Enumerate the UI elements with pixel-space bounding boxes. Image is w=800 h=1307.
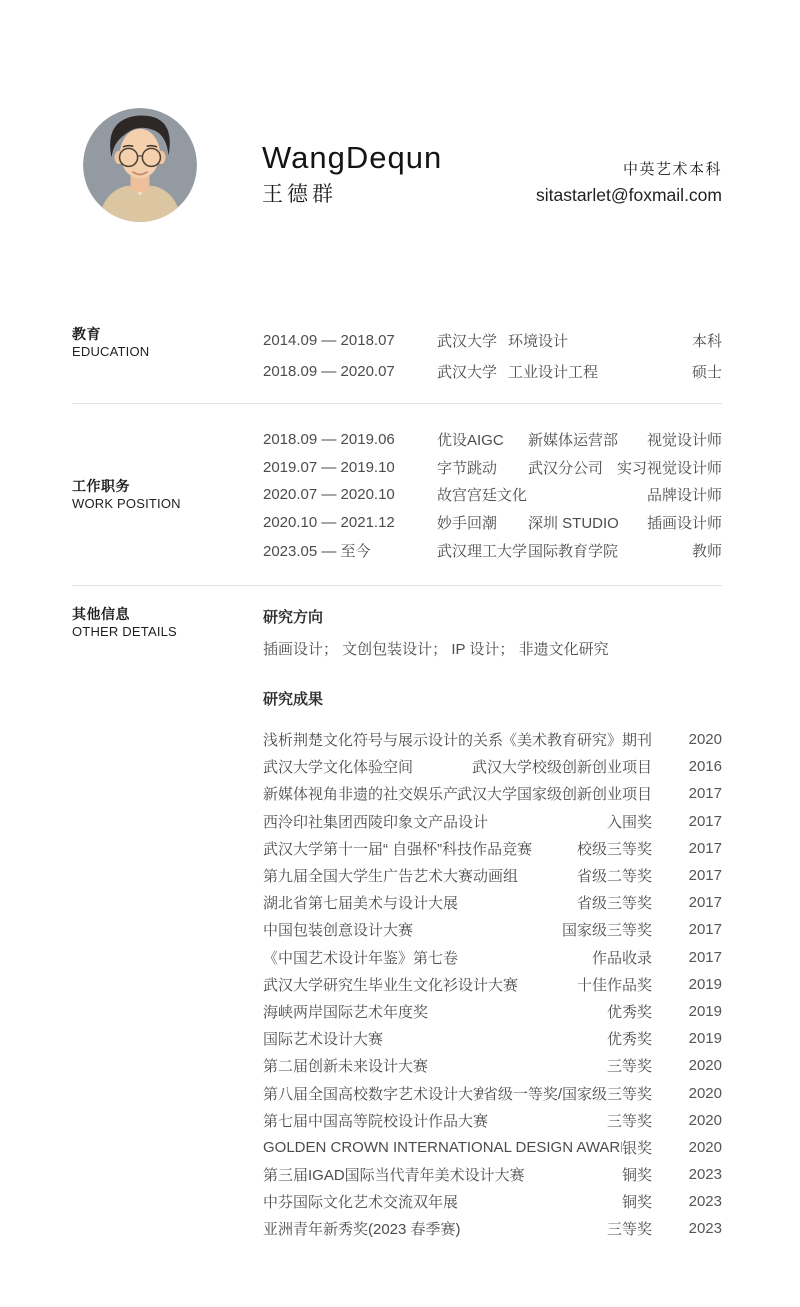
degree-tagline: 中英艺术本科 — [536, 158, 722, 182]
ach-row-award: 校级三等奖 — [577, 838, 652, 859]
work-row-company: 优设AIGC — [437, 429, 528, 450]
education-label: 教育 EDUCATION — [72, 325, 263, 387]
ach-row-title: 第七届中国高等院校设计作品大赛 — [263, 1110, 607, 1131]
name-english: WangDequn — [262, 140, 442, 176]
work-row-date: 2018.09 — 2019.06 — [263, 431, 437, 448]
work-row-company: 故宫宫廷文化 — [437, 484, 528, 505]
edu-row-degree: 本科 — [692, 330, 722, 351]
work-row: 2018.09 — 2019.06优设AIGC新媒体运营部视觉设计师 — [263, 426, 722, 454]
divider — [72, 403, 722, 404]
ach-row: 第二届创新未来设计大赛三等奖2020 — [263, 1052, 722, 1079]
ach-row-year: 2019 — [652, 976, 722, 993]
ach-row-year: 2017 — [652, 840, 722, 857]
edu-row-school: 武汉大学 — [437, 361, 508, 382]
name-block: WangDequn 王德群 — [262, 140, 442, 209]
ach-row-year: 2019 — [652, 1030, 722, 1047]
work-row-dept: 新媒体运营部 — [528, 429, 647, 450]
ach-row-year: 2020 — [652, 1057, 722, 1074]
ach-row-year: 2023 — [652, 1193, 722, 1210]
ach-row: 海峡两岸国际艺术年度奖优秀奖2019 — [263, 998, 722, 1025]
ach-row-award: 国家级三等奖 — [562, 919, 652, 940]
edu-row: 2018.09 — 2020.07武汉大学工业设计工程硕士 — [263, 356, 722, 387]
ach-row: 西泠印社集团西陵印象文产品设计入围奖2017 — [263, 808, 722, 835]
ach-row-title: 亚洲青年新秀奖(2023 春季赛) — [263, 1218, 607, 1239]
ach-row-year: 2020 — [652, 1112, 722, 1129]
ach-row-year: 2019 — [652, 1003, 722, 1020]
ach-row-award: 银奖 — [622, 1137, 652, 1158]
work-row-dept: 深圳 STUDIO — [528, 512, 647, 533]
edu-row-school: 武汉大学 — [437, 330, 508, 351]
ach-row-title: 中国包装创意设计大赛 — [263, 919, 562, 940]
ach-row-award: 省级一等奖/国家级三等奖 — [483, 1083, 652, 1104]
ach-row-award: 优秀奖 — [607, 1001, 652, 1022]
ach-row: 第七届中国高等院校设计作品大赛三等奖2020 — [263, 1107, 722, 1134]
ach-row-title: 第九届全国大学生广告艺术大赛动画组 — [263, 865, 577, 886]
ach-row-award: 铜奖 — [622, 1164, 652, 1185]
edu-row-major: 环境设计 — [508, 330, 692, 351]
ach-row-title: 武汉大学文化体验空间 — [263, 756, 472, 777]
ach-row-award: 三等奖 — [607, 1218, 652, 1239]
ach-row-year: 2017 — [652, 949, 722, 966]
work-row: 2019.07 — 2019.10字节跳动武汉分公司实习视觉设计师 — [263, 454, 722, 482]
ach-row-year: 2023 — [652, 1166, 722, 1183]
other-label-zh: 其他信息 — [72, 605, 263, 623]
work-row: 2020.10 — 2021.12妙手回潮深圳 STUDIO插画设计师 — [263, 509, 722, 537]
other-content: 研究方向 插画设计； 文创包装设计； IP 设计； 非遗文化研究 研究成果 浅析… — [263, 605, 722, 1243]
ach-row-title: 武汉大学研究生毕业生文化衫设计大赛 — [263, 974, 577, 995]
work-row-date: 2020.07 — 2020.10 — [263, 486, 437, 503]
ach-row: 中国包装创意设计大赛国家级三等奖2017 — [263, 916, 722, 943]
ach-row-award: 三等奖 — [607, 1055, 652, 1076]
research-results-title: 研究成果 — [263, 687, 722, 713]
ach-row: 中芬国际文化艺术交流双年展铜奖2023 — [263, 1188, 722, 1215]
section-education: 教育 EDUCATION 2014.09 — 2018.07武汉大学环境设计本科… — [72, 325, 722, 387]
ach-row-award: 武汉大学校级创新创业项目 — [472, 756, 652, 777]
education-rows: 2014.09 — 2018.07武汉大学环境设计本科2018.09 — 202… — [263, 325, 722, 387]
ach-row: GOLDEN CROWN INTERNATIONAL DESIGN AWARD银… — [263, 1134, 722, 1161]
ach-row-award: 省级二等奖 — [577, 865, 652, 886]
name-chinese: 王德群 — [262, 181, 442, 209]
ach-row: 亚洲青年新秀奖(2023 春季赛)三等奖2023 — [263, 1215, 722, 1242]
section-work-position: 工作职务 WORK POSITION 2018.09 — 2019.06优设AI… — [72, 426, 722, 564]
research-direction-title: 研究方向 — [263, 605, 722, 631]
other-label: 其他信息 OTHER DETAILS — [72, 605, 263, 1243]
work-row-company: 字节跳动 — [437, 457, 528, 478]
work-row-position: 实习视觉设计师 — [617, 457, 722, 478]
education-label-en: EDUCATION — [72, 343, 263, 361]
work-row-dept: 武汉分公司 — [528, 457, 617, 478]
work-row-dept: 国际教育学院 — [528, 540, 692, 561]
ach-row: 武汉大学研究生毕业生文化衫设计大赛十佳作品奖2019 — [263, 971, 722, 998]
ach-row-award: 铜奖 — [622, 1191, 652, 1212]
ach-row-title: 第三届IGAD国际当代青年美术设计大赛 — [263, 1164, 622, 1185]
edu-row-date: 2018.09 — 2020.07 — [263, 363, 437, 380]
edu-row-major: 工业设计工程 — [508, 361, 692, 382]
ach-row-year: 2017 — [652, 813, 722, 830]
work-row: 2023.05 — 至今武汉理工大学国际教育学院教师 — [263, 536, 722, 564]
ach-row-title: 第八届全国高校数字艺术设计大赛NCDA — [263, 1083, 483, 1104]
other-label-en: OTHER DETAILS — [72, 623, 263, 641]
achievement-list: 浅析荆楚文化符号与展示设计的关系《美术教育研究》期刊2020武汉大学文化体验空间… — [263, 726, 722, 1243]
divider — [72, 585, 722, 586]
work-row: 2020.07 — 2020.10故宫宫廷文化品牌设计师 — [263, 481, 722, 509]
ach-row: 新媒体视角非遗的社交娱乐产品开发武汉大学国家级创新创业项目2017 — [263, 780, 722, 807]
edu-row-degree: 硕士 — [692, 361, 722, 382]
contact-block: 中英艺术本科 sitastarlet@foxmail.com — [536, 158, 722, 209]
ach-row-year: 2023 — [652, 1220, 722, 1237]
ach-row-award: 优秀奖 — [607, 1028, 652, 1049]
work-row-date: 2023.05 — 至今 — [263, 540, 437, 561]
ach-row-year: 2020 — [652, 1085, 722, 1102]
ach-row: 湖北省第七届美术与设计大展省级三等奖2017 — [263, 889, 722, 916]
email-text: sitastarlet@foxmail.com — [536, 182, 722, 209]
ach-row-award: 《美术教育研究》期刊 — [502, 729, 652, 750]
ach-row-title: 国际艺术设计大赛 — [263, 1028, 607, 1049]
ach-row-title: 武汉大学第十一届“ 自强杯”科技作品竞赛 — [263, 838, 577, 859]
ach-row-award: 省级三等奖 — [577, 892, 652, 913]
ach-row-year: 2017 — [652, 785, 722, 802]
edu-row: 2014.09 — 2018.07武汉大学环境设计本科 — [263, 325, 722, 356]
work-row-date: 2020.10 — 2021.12 — [263, 514, 437, 531]
ach-row-title: 浅析荆楚文化符号与展示设计的关系 — [263, 729, 502, 750]
education-label-zh: 教育 — [72, 325, 263, 343]
work-row-date: 2019.07 — 2019.10 — [263, 459, 437, 476]
ach-row-title: GOLDEN CROWN INTERNATIONAL DESIGN AWARD — [263, 1139, 622, 1156]
work-row-position: 插画设计师 — [647, 512, 722, 533]
ach-row-title: 西泠印社集团西陵印象文产品设计 — [263, 811, 607, 832]
work-row-company: 妙手回潮 — [437, 512, 528, 533]
ach-row: 第九届全国大学生广告艺术大赛动画组省级二等奖2017 — [263, 862, 722, 889]
work-rows: 2018.09 — 2019.06优设AIGC新媒体运营部视觉设计师2019.0… — [263, 426, 722, 564]
ach-row-year: 2016 — [652, 758, 722, 775]
ach-row-award: 作品收录 — [592, 947, 652, 968]
ach-row-title: 第二届创新未来设计大赛 — [263, 1055, 607, 1076]
section-other-details: 其他信息 OTHER DETAILS 研究方向 插画设计； 文创包装设计； IP… — [72, 605, 722, 1243]
ach-row-award: 三等奖 — [607, 1110, 652, 1131]
edu-row-date: 2014.09 — 2018.07 — [263, 332, 437, 349]
ach-row-year: 2017 — [652, 867, 722, 884]
person-portrait-icon — [83, 108, 197, 222]
ach-row: 《中国艺术设计年鉴》第七卷作品收录2017 — [263, 943, 722, 970]
ach-row-award: 十佳作品奖 — [577, 974, 652, 995]
ach-row-year: 2020 — [652, 1139, 722, 1156]
ach-row: 第三届IGAD国际当代青年美术设计大赛铜奖2023 — [263, 1161, 722, 1188]
work-label-zh: 工作职务 — [72, 477, 263, 495]
research-direction-text: 插画设计； 文创包装设计； IP 设计； 非遗文化研究 — [263, 637, 722, 663]
ach-row-title: 新媒体视角非遗的社交娱乐产品开发 — [263, 783, 457, 804]
ach-row-year: 2017 — [652, 894, 722, 911]
work-label: 工作职务 WORK POSITION — [72, 477, 263, 513]
profile-photo — [83, 108, 197, 222]
resume-page: WangDequn 王德群 中英艺术本科 sitastarlet@foxmail… — [0, 0, 800, 1307]
work-row-position: 视觉设计师 — [647, 429, 722, 450]
work-label-en: WORK POSITION — [72, 495, 263, 513]
ach-row-year: 2017 — [652, 921, 722, 938]
work-row-position: 品牌设计师 — [647, 484, 722, 505]
ach-row-title: 湖北省第七届美术与设计大展 — [263, 892, 577, 913]
ach-row: 浅析荆楚文化符号与展示设计的关系《美术教育研究》期刊2020 — [263, 726, 722, 753]
work-row-company: 武汉理工大学 — [437, 540, 528, 561]
ach-row-title: 《中国艺术设计年鉴》第七卷 — [263, 947, 592, 968]
ach-row: 国际艺术设计大赛优秀奖2019 — [263, 1025, 722, 1052]
ach-row: 武汉大学文化体验空间武汉大学校级创新创业项目2016 — [263, 753, 722, 780]
resume-content: 教育 EDUCATION 2014.09 — 2018.07武汉大学环境设计本科… — [72, 325, 722, 1243]
ach-row-title: 海峡两岸国际艺术年度奖 — [263, 1001, 607, 1022]
ach-row-award: 武汉大学国家级创新创业项目 — [457, 783, 652, 804]
ach-row-award: 入围奖 — [607, 811, 652, 832]
ach-row-year: 2020 — [652, 731, 722, 748]
ach-row: 武汉大学第十一届“ 自强杯”科技作品竞赛校级三等奖2017 — [263, 835, 722, 862]
work-row-position: 教师 — [692, 540, 722, 561]
ach-row: 第八届全国高校数字艺术设计大赛NCDA省级一等奖/国家级三等奖2020 — [263, 1079, 722, 1106]
ach-row-title: 中芬国际文化艺术交流双年展 — [263, 1191, 622, 1212]
